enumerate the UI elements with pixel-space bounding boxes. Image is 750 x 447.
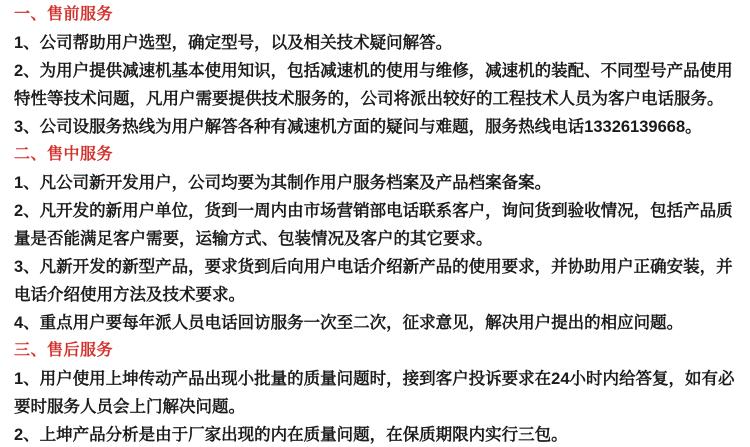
service-item: 3、公司设服务热线为用户解答各种有减速机方面的疑问与难题，服务热线电话13326… <box>14 113 736 141</box>
service-item: 2、凡开发的新用户单位，货到一周内由市场营销部电话联系客户，询问货到验收情况，包… <box>14 197 736 253</box>
service-policy-document: 一、售前服务 1、公司帮助用户选型，确定型号，以及相关技术疑问解答。 2、为用户… <box>0 0 750 447</box>
section-heading-presale: 一、售前服务 <box>14 1 736 29</box>
service-item: 1、用户使用上坤传动产品出现小批量的质量问题时，接到客户投诉要求在24小时内给答… <box>14 365 736 421</box>
service-item: 2、上坤产品分析是由于厂家出现的内在质量问题，在保质期限内实行三包。 <box>14 421 736 447</box>
section-aftersale-service: 三、售后服务 1、用户使用上坤传动产品出现小批量的质量问题时，接到客户投诉要求在… <box>14 337 736 447</box>
service-item: 1、公司帮助用户选型，确定型号，以及相关技术疑问解答。 <box>14 29 736 57</box>
section-heading-midsale: 二、售中服务 <box>14 141 736 169</box>
service-item: 1、凡公司新开发用户，公司均要为其制作用户服务档案及产品档案备案。 <box>14 169 736 197</box>
service-item: 3、凡新开发的新型产品，要求货到后向用户电话介绍新产品的使用要求，并协助用户正确… <box>14 253 736 309</box>
section-heading-aftersale: 三、售后服务 <box>14 337 736 365</box>
service-item: 4、重点用户要每年派人员电话回访服务一次至二次，征求意见，解决用户提出的相应问题… <box>14 309 736 337</box>
section-presale-service: 一、售前服务 1、公司帮助用户选型，确定型号，以及相关技术疑问解答。 2、为用户… <box>14 1 736 141</box>
section-midsale-service: 二、售中服务 1、凡公司新开发用户，公司均要为其制作用户服务档案及产品档案备案。… <box>14 141 736 337</box>
service-item: 2、为用户提供减速机基本使用知识，包括减速机的使用与维修，减速机的装配、不同型号… <box>14 57 736 113</box>
